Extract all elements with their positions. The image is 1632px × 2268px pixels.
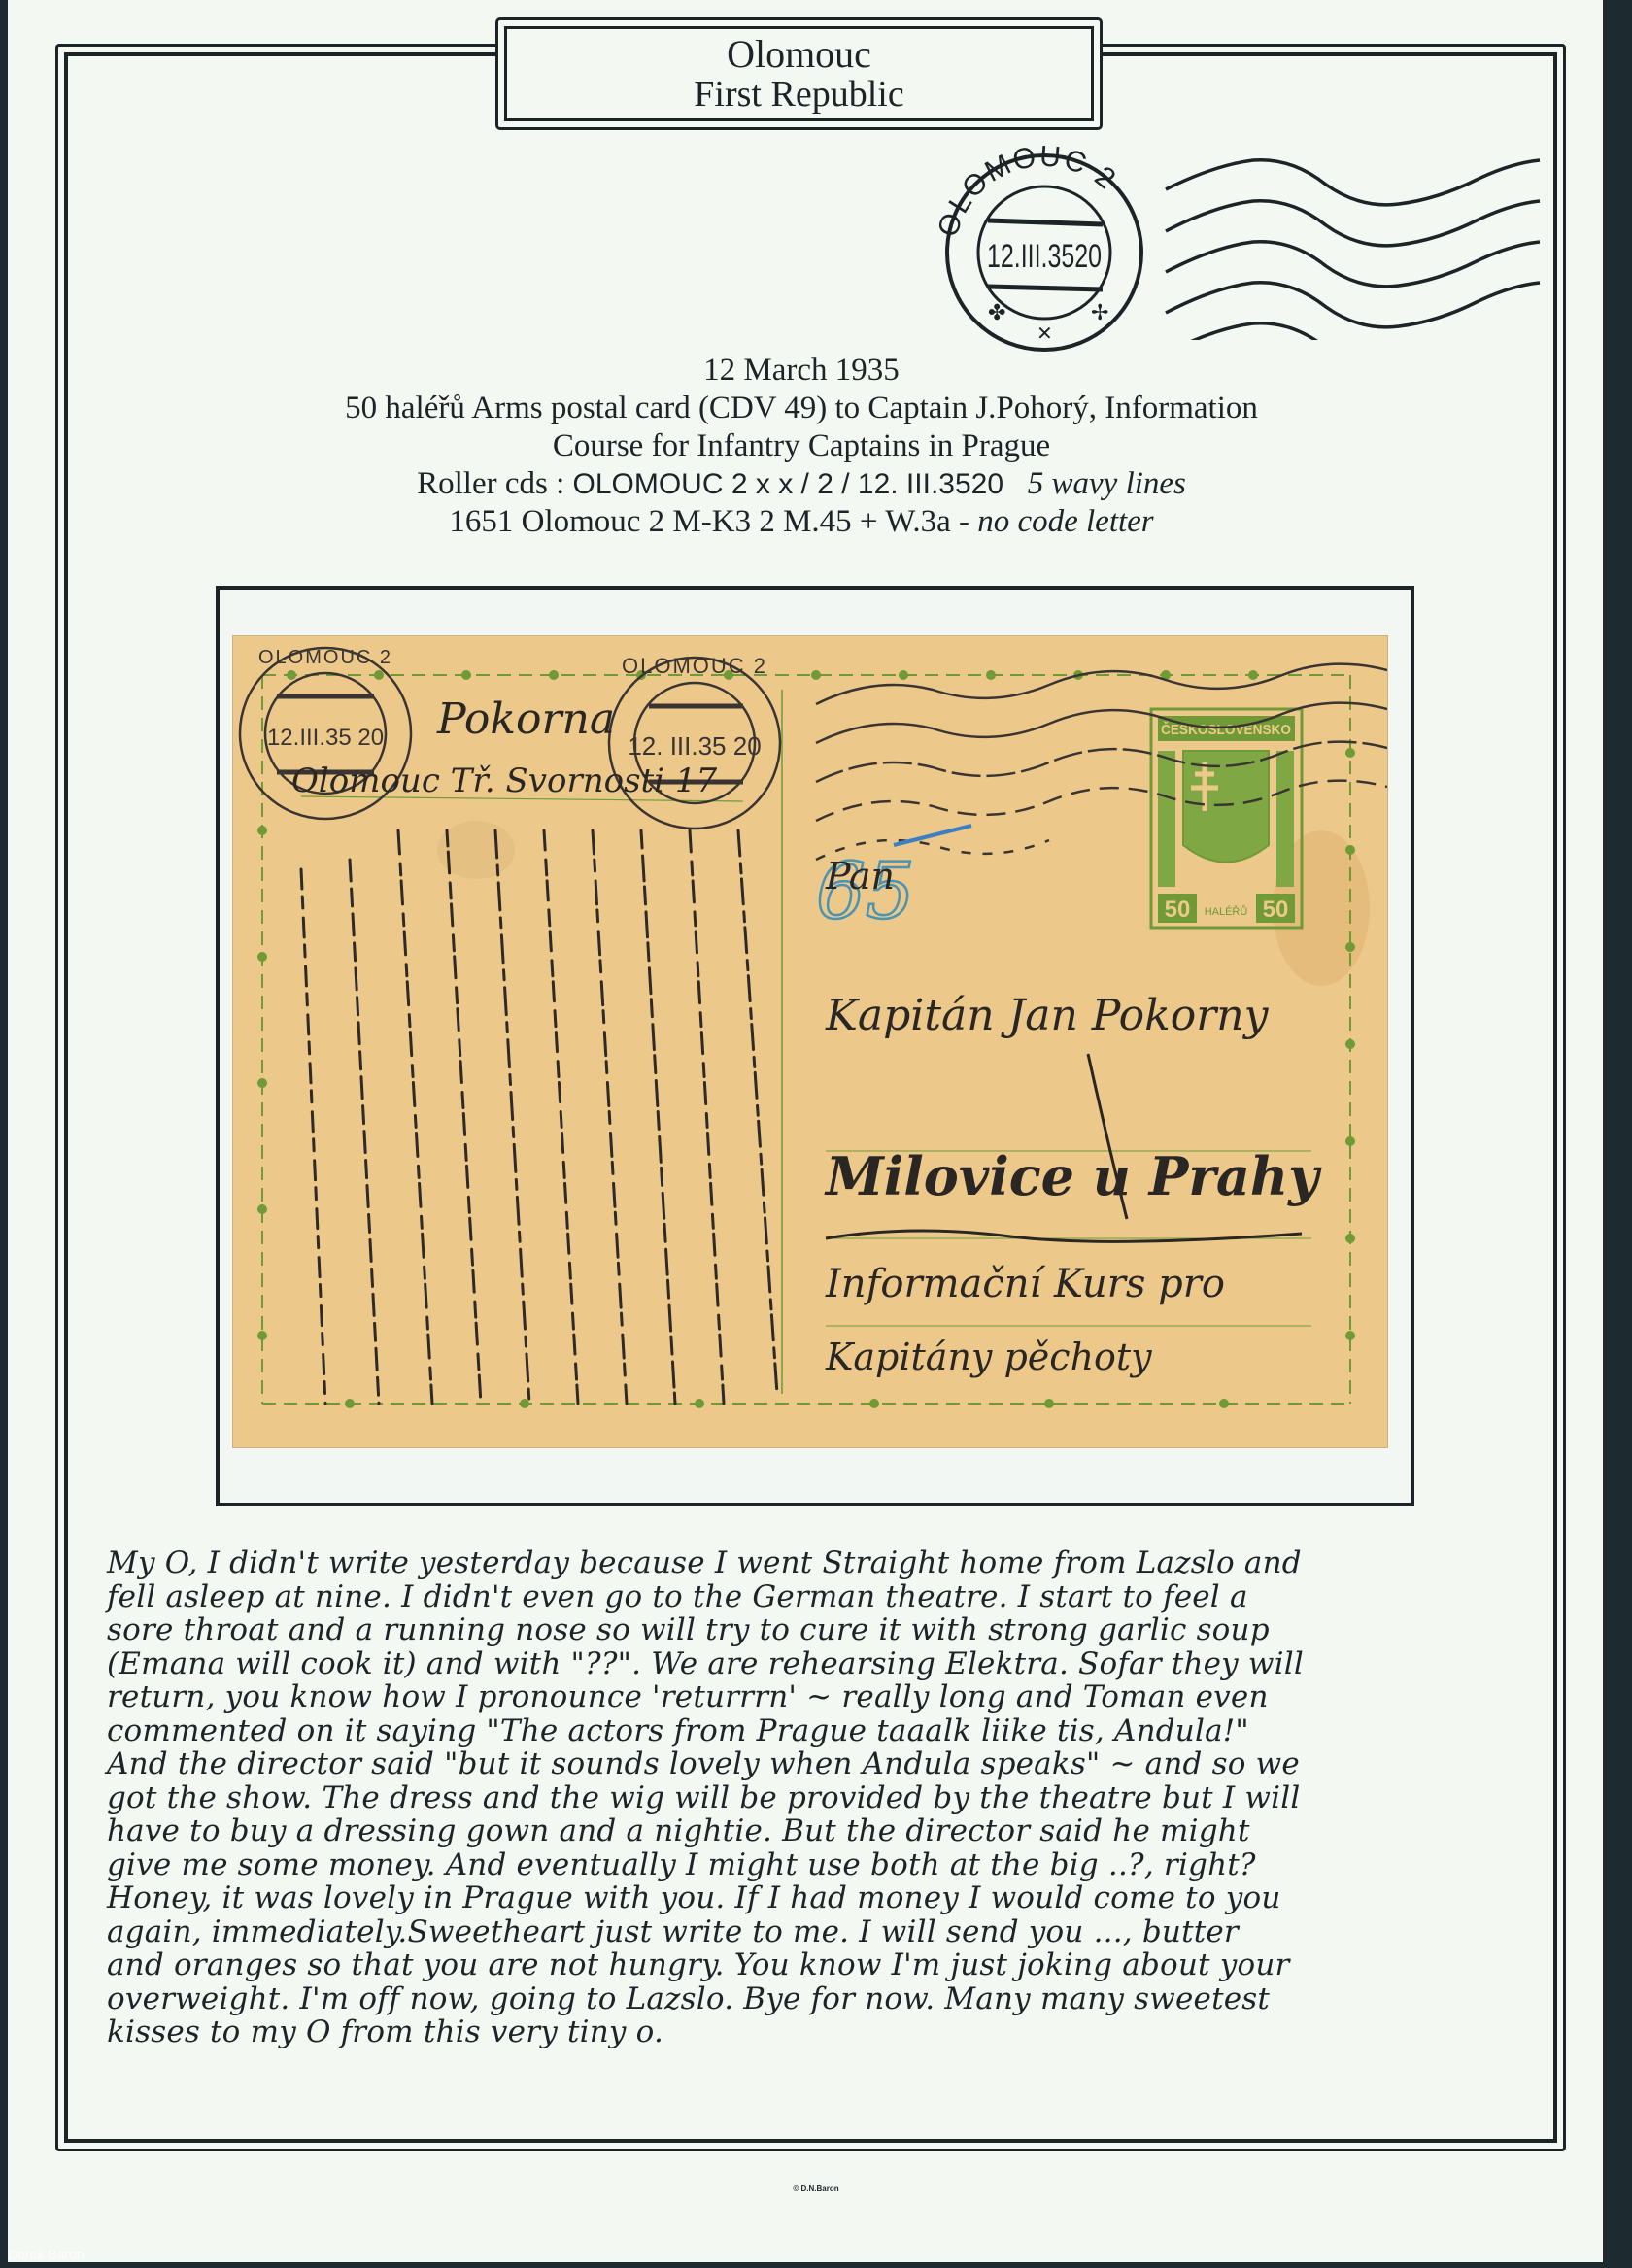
svg-text:Olomouc Tř. Svornosti 17: Olomouc Tř. Svornosti 17 (291, 762, 718, 800)
letter-line: overweight. I'm off now, going to Lazslo… (107, 1982, 1535, 2016)
letter-line: sore throat and a running nose so will t… (107, 1613, 1535, 1647)
letter-line: got the show. The dress and the wig will… (107, 1781, 1535, 1815)
letter-line: give me some money. And eventually I mig… (107, 1848, 1535, 1882)
card-cancel-right-date: 12. III.35 20 (628, 731, 761, 761)
caption-cancel-info: Roller cds : OLOMOUC 2 x x / 2 / 12. III… (194, 465, 1409, 503)
page-subtitle: First Republic (694, 75, 903, 114)
item-description: 12 March 1935 50 haléřů Arms postal card… (194, 352, 1409, 541)
letter-line: (Emana will cook it) and with "??". We a… (107, 1647, 1535, 1681)
svg-text:✕: ✕ (1037, 322, 1053, 345)
imprinted-stamp: ČESKOSLOVENSKO 50 HALÉŘŮ 50 (1151, 709, 1302, 928)
scan-edge-bottom (0, 2262, 1632, 2268)
postmark-illustration: OLOMOUC 2 12.III.3520 ✤ ✢ ✕ (928, 141, 1161, 355)
stamp-value-right: 50 (1263, 897, 1289, 923)
card-cancel-left-ring: OLOMOUC 2 (258, 647, 392, 668)
letter-line: again, immediately.Sweetheart just write… (107, 1915, 1535, 1949)
scan-edge-right (1603, 0, 1632, 2268)
caption-catalogue-ref: 1651 Olomouc 2 M-K3 2 M.45 + W.3a - no c… (194, 503, 1409, 541)
letter-line: kisses to my O from this very tiny o. (107, 2015, 1535, 2049)
handwritten-message (301, 830, 777, 1404)
svg-text:Kapitán Jan Pokorny: Kapitán Jan Pokorny (825, 991, 1270, 1040)
catalogue-note: no code letter (977, 504, 1153, 539)
letter-line: and oranges so that you are not hungry. … (107, 1948, 1535, 1982)
letter-translation: My O, I didn't write yesterday because I… (107, 1546, 1535, 2049)
letter-line: My O, I didn't write yesterday because I… (107, 1546, 1535, 1580)
card-cancel-right-ring: OLOMOUC 2 (622, 654, 767, 678)
postmark-date: 12.III.3520 (987, 238, 1102, 275)
wavy-cancel-lines-icon (1156, 146, 1545, 340)
svg-text:✢: ✢ (1091, 301, 1108, 325)
page-title-box: Olomouc First Republic (495, 17, 1103, 130)
svg-text:Informační Kurs pro: Informační Kurs pro (825, 1262, 1225, 1306)
cancel-type: OLOMOUC 2 x x / 2 / 12. III.3520 (573, 468, 1004, 500)
letter-line: fell asleep at nine. I didn't even go to… (107, 1580, 1535, 1614)
svg-text:Kapitány pěchoty: Kapitány pěchoty (825, 1336, 1152, 1378)
caption-date: 12 March 1935 (194, 352, 1409, 389)
postal-card-image: ČESKOSLOVENSKO 50 HALÉŘŮ 50 12. III.35 2… (233, 636, 1387, 1447)
svg-text:Milovice u Prahy: Milovice u Prahy (824, 1145, 1322, 1207)
caption-destination: Course for Infantry Captains in Prague (194, 427, 1409, 465)
postal-card-artwork: ČESKOSLOVENSKO 50 HALÉŘŮ 50 12. III.35 2… (233, 636, 1387, 1447)
letter-line: return, you know how I pronounce 'returr… (107, 1680, 1535, 1714)
caption-card-description: 50 haléřů Arms postal card (CDV 49) to C… (194, 389, 1409, 427)
page-title: Olomouc (727, 34, 871, 75)
card-cancel-left-date: 12.III.35 20 (267, 725, 384, 751)
svg-text:✤: ✤ (988, 301, 1005, 325)
stamp-value-left: 50 (1165, 897, 1191, 923)
stamp-currency: HALÉŘŮ (1205, 905, 1248, 918)
letter-line: commented on it saying "The actors from … (107, 1714, 1535, 1748)
copyright-notice: © D.N.Baron (0, 2184, 1632, 2193)
svg-text:Pan: Pan (825, 855, 895, 897)
watermark: Derek Baron (8, 2247, 85, 2262)
svg-text:Pokorna: Pokorna (436, 694, 615, 744)
letter-line: And the director said "but it sounds lov… (107, 1747, 1535, 1781)
cancel-note: 5 wavy lines (1028, 466, 1186, 501)
scan-edge-left (0, 0, 8, 2268)
letter-line: have to buy a dressing gown and a nighti… (107, 1814, 1535, 1848)
letter-line: Honey, it was lovely in Prague with you.… (107, 1881, 1535, 1915)
